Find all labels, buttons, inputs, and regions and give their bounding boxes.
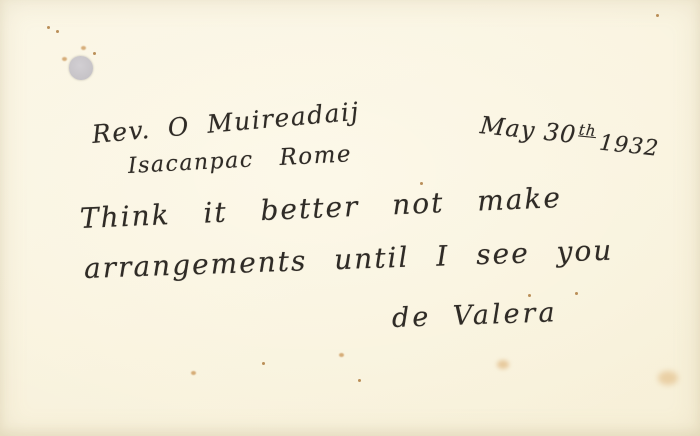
date-line: May 30th1932 bbox=[478, 112, 660, 161]
addressee-city: Rome bbox=[279, 141, 353, 171]
addressee-name: Rev. O Muireadaij bbox=[91, 99, 361, 147]
foxing-spot bbox=[358, 379, 361, 382]
foxing-spot bbox=[420, 182, 423, 185]
addressee-address-word: Isacanpac bbox=[127, 147, 254, 179]
note-paper: Rev. O Muireadaij IsacanpacRome May 30th… bbox=[0, 0, 700, 436]
foxing-spot bbox=[497, 360, 509, 369]
message-line-2: arrangements until I see you bbox=[84, 237, 614, 283]
foxing-spot bbox=[47, 26, 50, 29]
punch-hole-spot bbox=[69, 56, 93, 80]
foxing-spot bbox=[191, 371, 196, 375]
foxing-spot bbox=[339, 353, 344, 357]
foxing-spot bbox=[528, 294, 531, 297]
addressee-address: IsacanpacRome bbox=[127, 143, 352, 178]
foxing-spot bbox=[93, 52, 96, 55]
foxing-spot bbox=[656, 14, 659, 17]
signature: de Valera bbox=[392, 299, 558, 332]
date-year: 1932 bbox=[598, 131, 660, 162]
foxing-spot bbox=[62, 57, 67, 61]
foxing-spot bbox=[262, 362, 265, 365]
date-month-day: May 30 bbox=[479, 111, 578, 149]
foxing-spot bbox=[81, 46, 86, 50]
foxing-spot bbox=[575, 292, 578, 295]
message-line-1: Think it better not make bbox=[79, 184, 562, 233]
foxing-spot bbox=[658, 371, 678, 385]
date-ordinal-suffix: th bbox=[578, 120, 597, 140]
foxing-spot bbox=[56, 30, 59, 33]
